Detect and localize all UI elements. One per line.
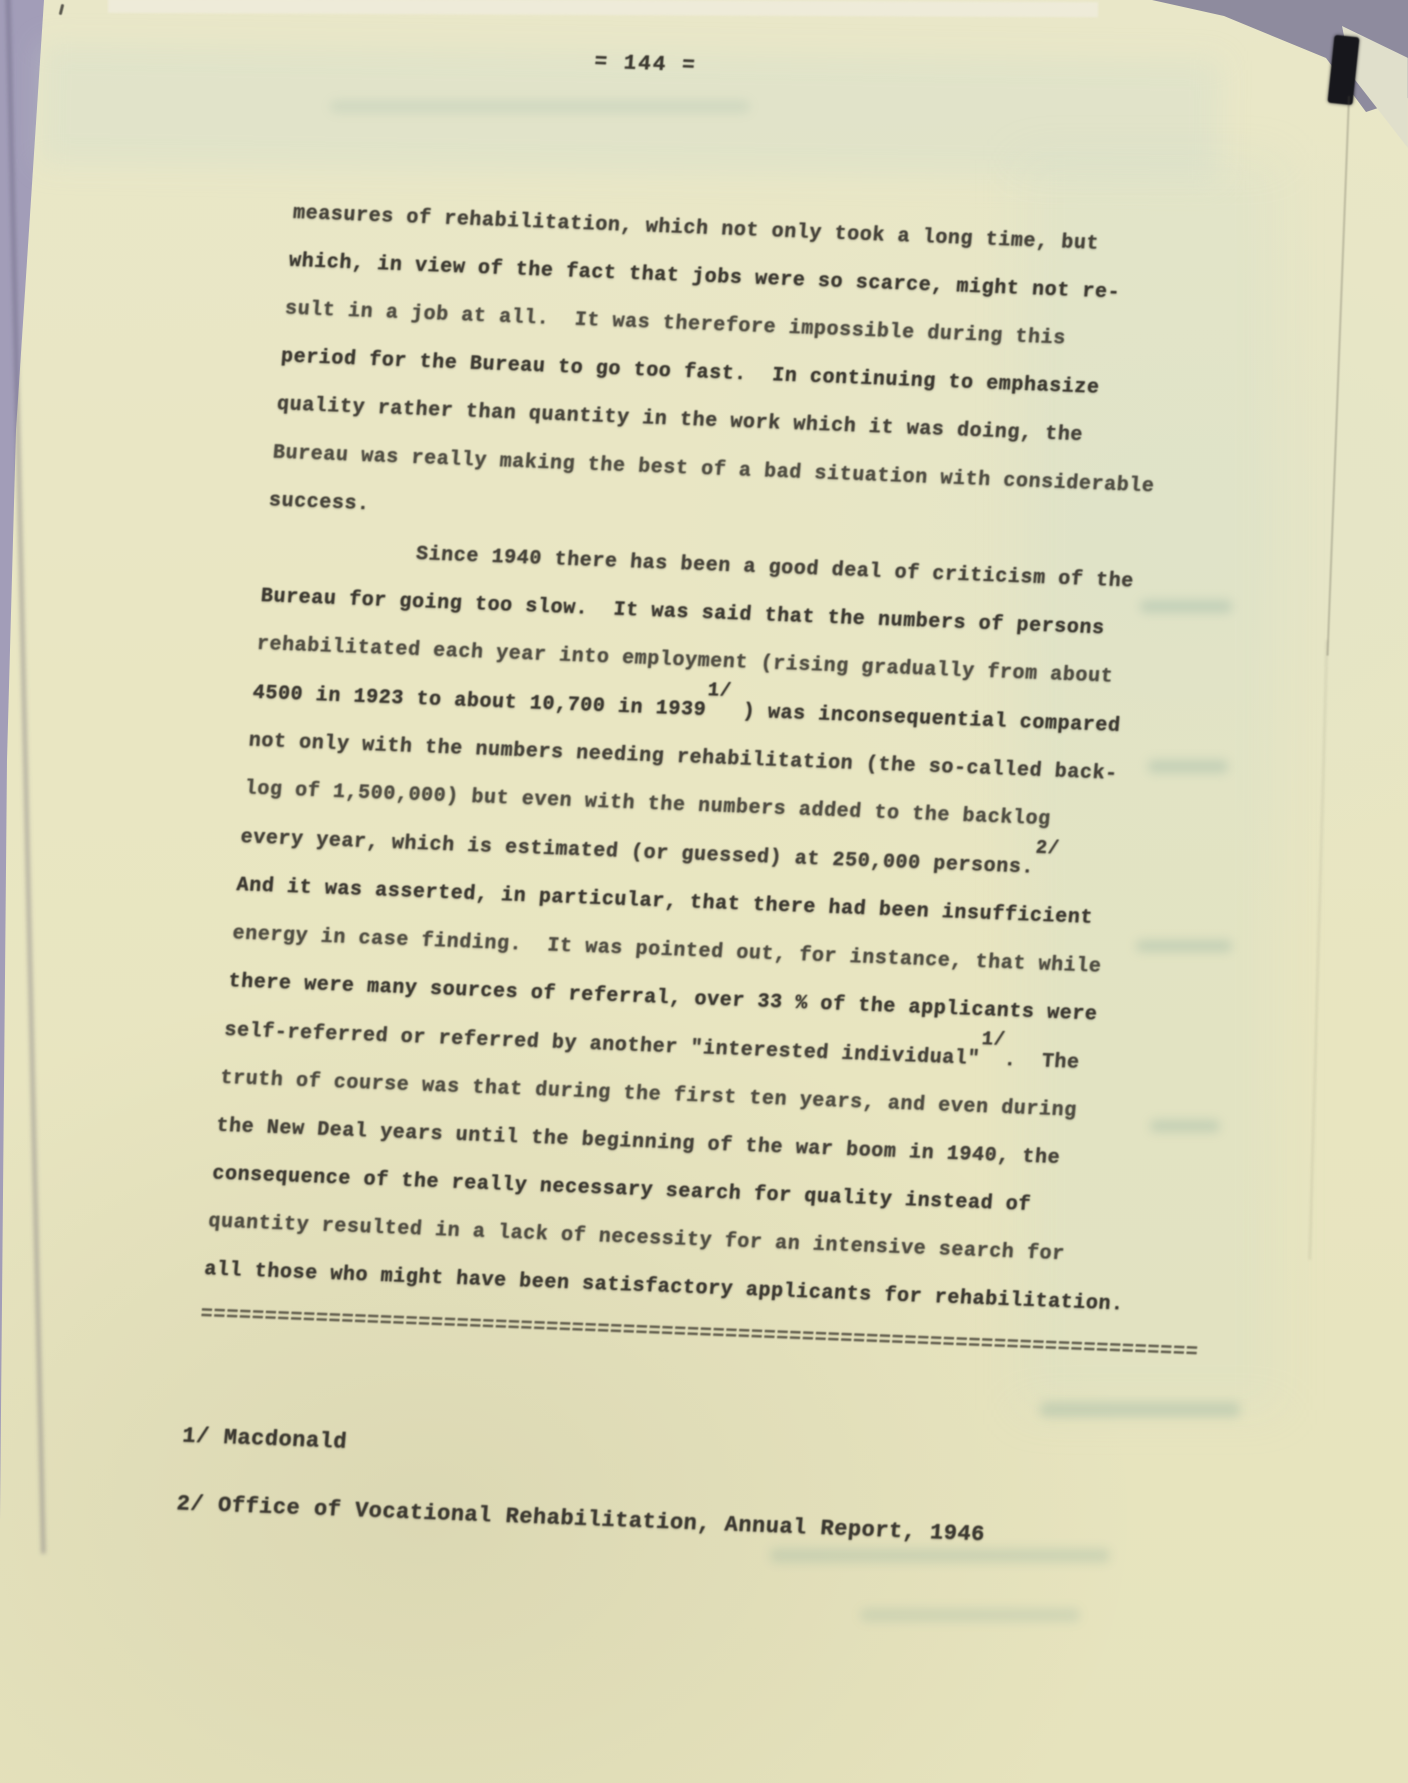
text-segment: ) was inconsequential compared	[729, 700, 1121, 738]
footnote-text: Macdonald	[223, 1425, 348, 1455]
ghost-text-smudge	[1040, 1402, 1240, 1417]
text-segment: success.	[268, 489, 371, 516]
footnote-text: Office of Vocational Rehabilitation, Ann…	[217, 1493, 986, 1547]
page-number: = 144 =	[593, 51, 697, 78]
footnote-2: 2/Office of Vocational Rehabilitation, A…	[175, 1480, 987, 1559]
text-segment: 4500 in 1923 to about 10,700 in 1939	[252, 682, 707, 722]
photo-of-document: { "colors":{ "paper":"#e9e6c2", "table_b…	[0, 0, 1408, 1783]
footnote-ref: 1/	[707, 679, 733, 702]
paragraph-1: measures of rehabilitation, which not on…	[267, 190, 1254, 562]
footnote-marker: 1/	[181, 1424, 210, 1450]
ghost-text-smudge	[860, 1608, 1080, 1622]
footnote-marker: 2/	[176, 1491, 205, 1517]
typewritten-page: = 144 = measures of rehabilitation, whic…	[202, 190, 1254, 1331]
text-segment: . The	[1003, 1049, 1080, 1075]
ghost-text-smudge	[330, 100, 750, 113]
footnote-ref: 1/	[981, 1028, 1007, 1051]
paragraph-2: Since 1940 there has been a good deal of…	[202, 525, 1226, 1331]
footnote-ref: 2/	[1035, 837, 1061, 860]
